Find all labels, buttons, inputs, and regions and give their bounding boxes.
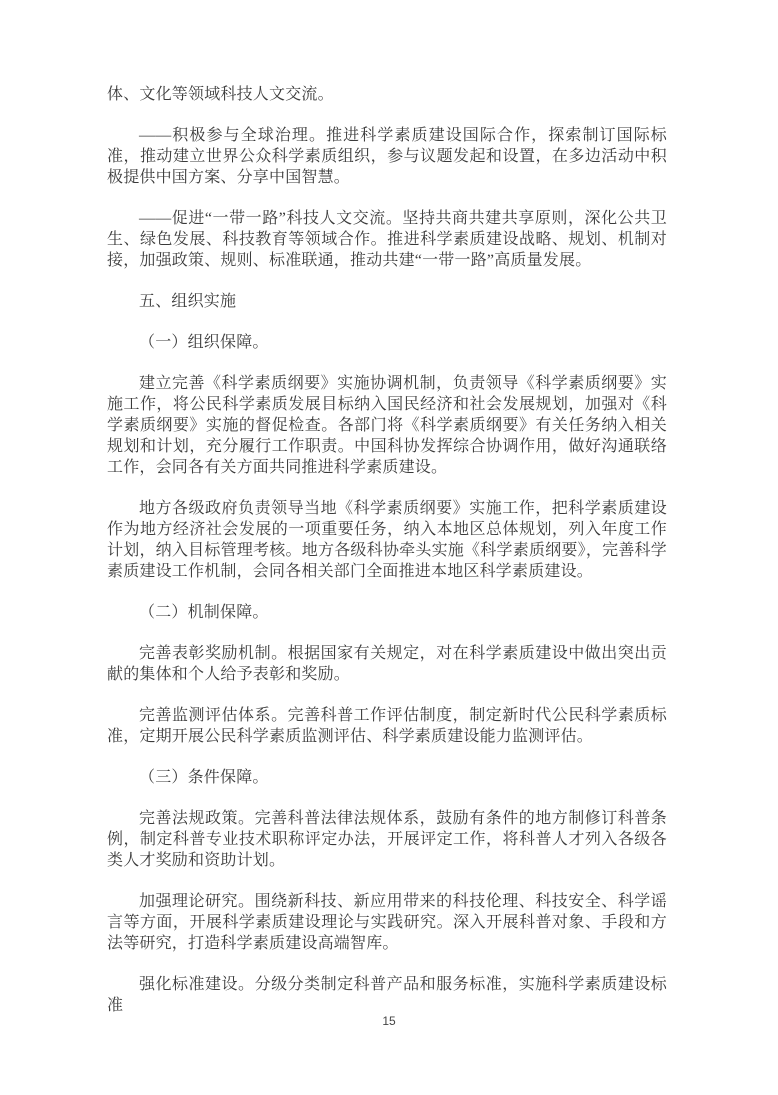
subsection-heading-3: （三）条件保障。 [107, 767, 667, 788]
continuation-paragraph: 体、文化等领域科技人文交流。 [107, 84, 667, 105]
body-paragraph-global-governance: ——积极参与全球治理。推进科学素质建设国际合作，探索制订国际标准，推动建立世界公… [107, 125, 667, 188]
body-paragraph-laws-policies: 完善法规政策。完善科普法律法规体系，鼓励有条件的地方制修订科普条例，制定科普专业… [107, 808, 667, 871]
body-paragraph-theory-research: 加强理论研究。围绕新科技、新应用带来的科技伦理、科技安全、科学谣言等方面，开展科… [107, 891, 667, 954]
section-heading: 五、组织实施 [107, 291, 667, 312]
page-number: 15 [382, 1014, 395, 1028]
document-page: 体、文化等领域科技人文交流。 ——积极参与全球治理。推进科学素质建设国际合作，探… [0, 0, 778, 1095]
document-text-block: 体、文化等领域科技人文交流。 ——积极参与全球治理。推进科学素质建设国际合作，探… [107, 84, 667, 1016]
body-paragraph-coordination-mechanism: 建立完善《科学素质纲要》实施协调机制，负责领导《科学素质纲要》实施工作，将公民科… [107, 373, 667, 478]
subsection-heading-2: （二）机制保障。 [107, 602, 667, 623]
subsection-heading-1: （一）组织保障。 [107, 332, 667, 353]
page-footer: 15 [0, 1012, 778, 1030]
body-paragraph-standards: 强化标准建设。分级分类制定科普产品和服务标准，实施科学素质建设标准 [107, 974, 667, 1016]
body-paragraph-belt-and-road: ——促进“一带一路”科技人文交流。坚持共商共建共享原则，深化公共卫生、绿色发展、… [107, 208, 667, 271]
body-paragraph-commendation-awards: 完善表彰奖励机制。根据国家有关规定，对在科学素质建设中做出突出贡献的集体和个人给… [107, 643, 667, 685]
body-paragraph-monitoring-evaluation: 完善监测评估体系。完善科普工作评估制度，制定新时代公民科学素质标准，定期开展公民… [107, 705, 667, 747]
body-paragraph-local-governments: 地方各级政府负责领导当地《科学素质纲要》实施工作，把科学素质建设作为地方经济社会… [107, 498, 667, 582]
